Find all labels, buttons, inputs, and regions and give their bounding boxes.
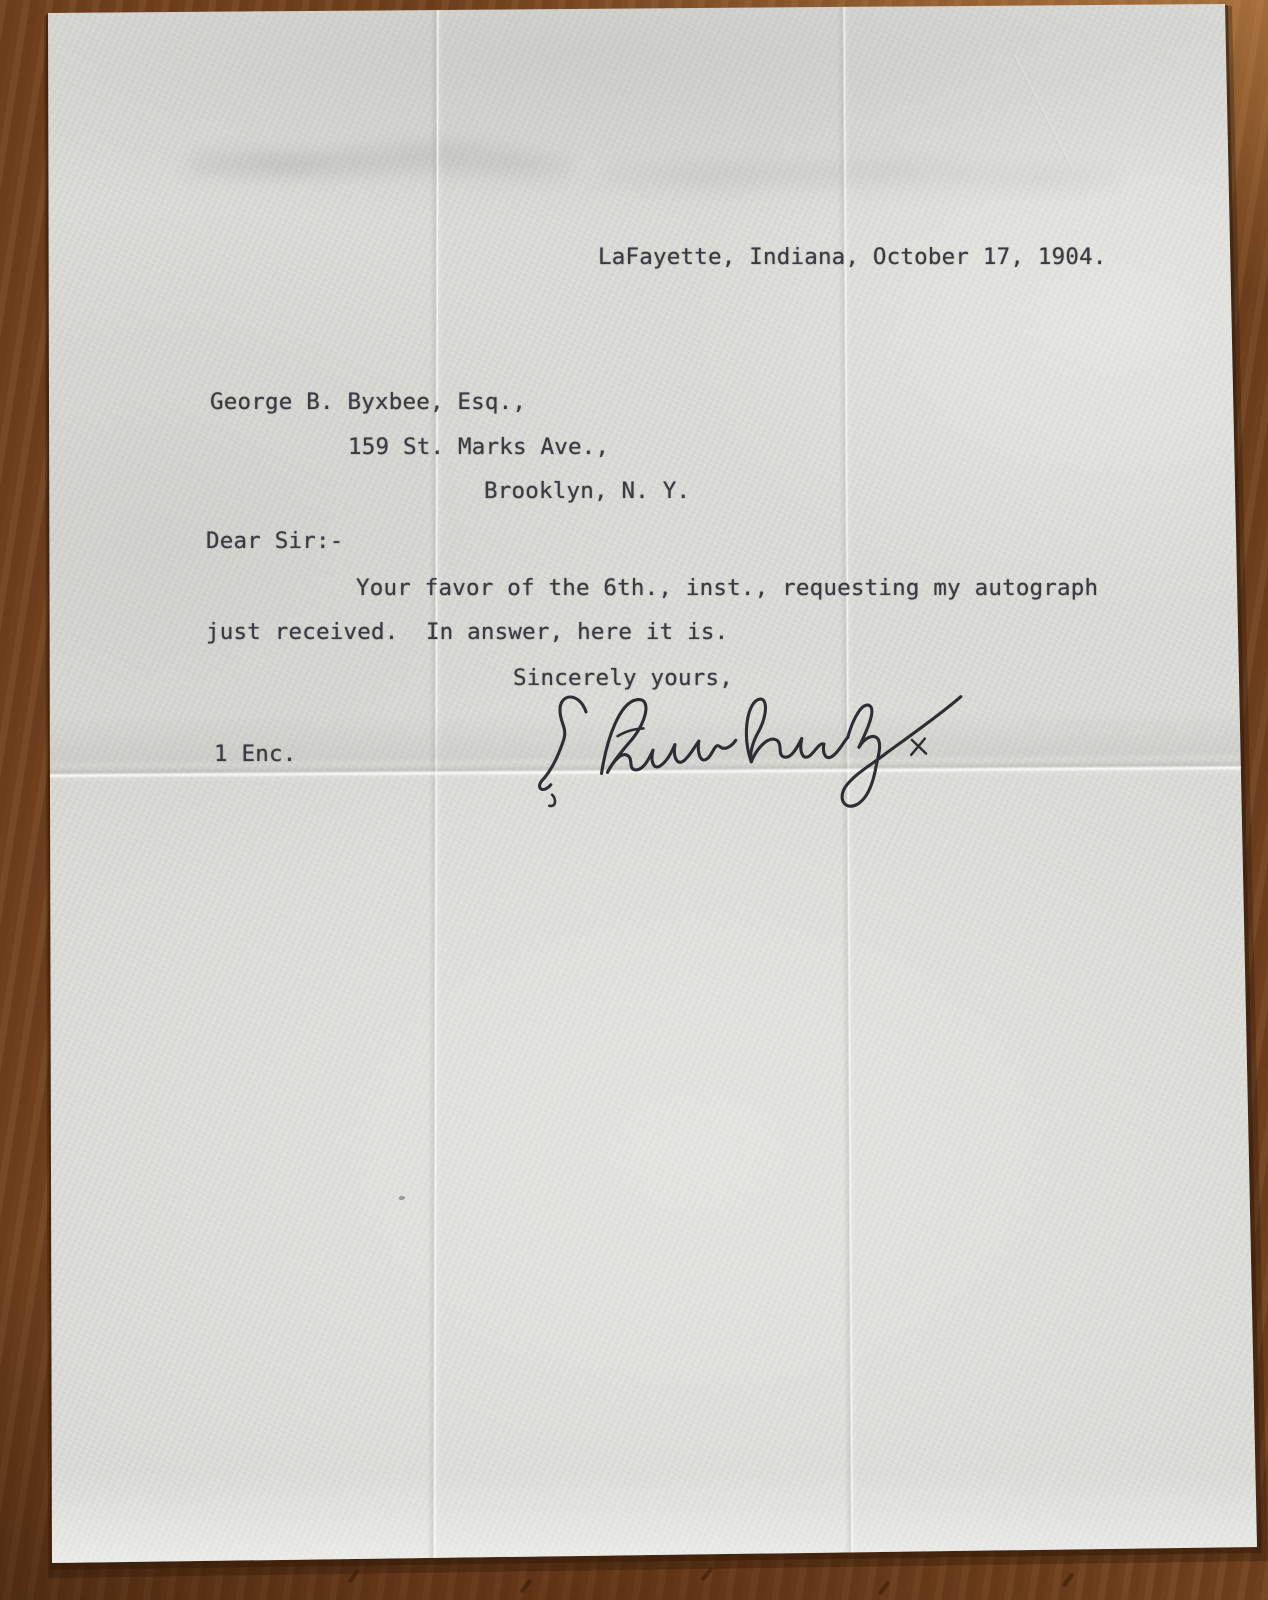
enclosure-note: 1 Enc. <box>214 740 296 768</box>
wood-grain-fleck <box>877 1580 890 1595</box>
recipient-city: Brooklyn, N. Y. <box>484 477 690 505</box>
vertical-fold-crease-left <box>427 0 444 1574</box>
salutation: Dear Sir:- <box>206 527 343 555</box>
body-line-2: just received. In answer, here it is. <box>206 618 728 646</box>
letter-photograph: LaFayette, Indiana, October 17, 1904. Ge… <box>0 0 1268 1600</box>
dateline: LaFayette, Indiana, October 17, 1904. <box>598 243 1107 271</box>
recipient-street: 159 St. Marks Ave., <box>348 433 609 461</box>
wood-grain-fleck <box>519 1578 532 1593</box>
ink-speck <box>399 1196 405 1200</box>
recipient-name: George B. Byxbee, Esq., <box>210 388 526 416</box>
letter-paper: LaFayette, Indiana, October 17, 1904. Ge… <box>0 0 1268 1600</box>
ghost-letterhead-impression <box>188 132 570 190</box>
corner-crease <box>1013 54 1075 171</box>
body-line-1: Your favor of the 6th., inst., requestin… <box>356 574 1098 602</box>
wood-grain-fleck <box>1061 1572 1074 1587</box>
ghost-letterhead-impression <box>600 148 1120 202</box>
signature-autograph <box>503 670 986 830</box>
